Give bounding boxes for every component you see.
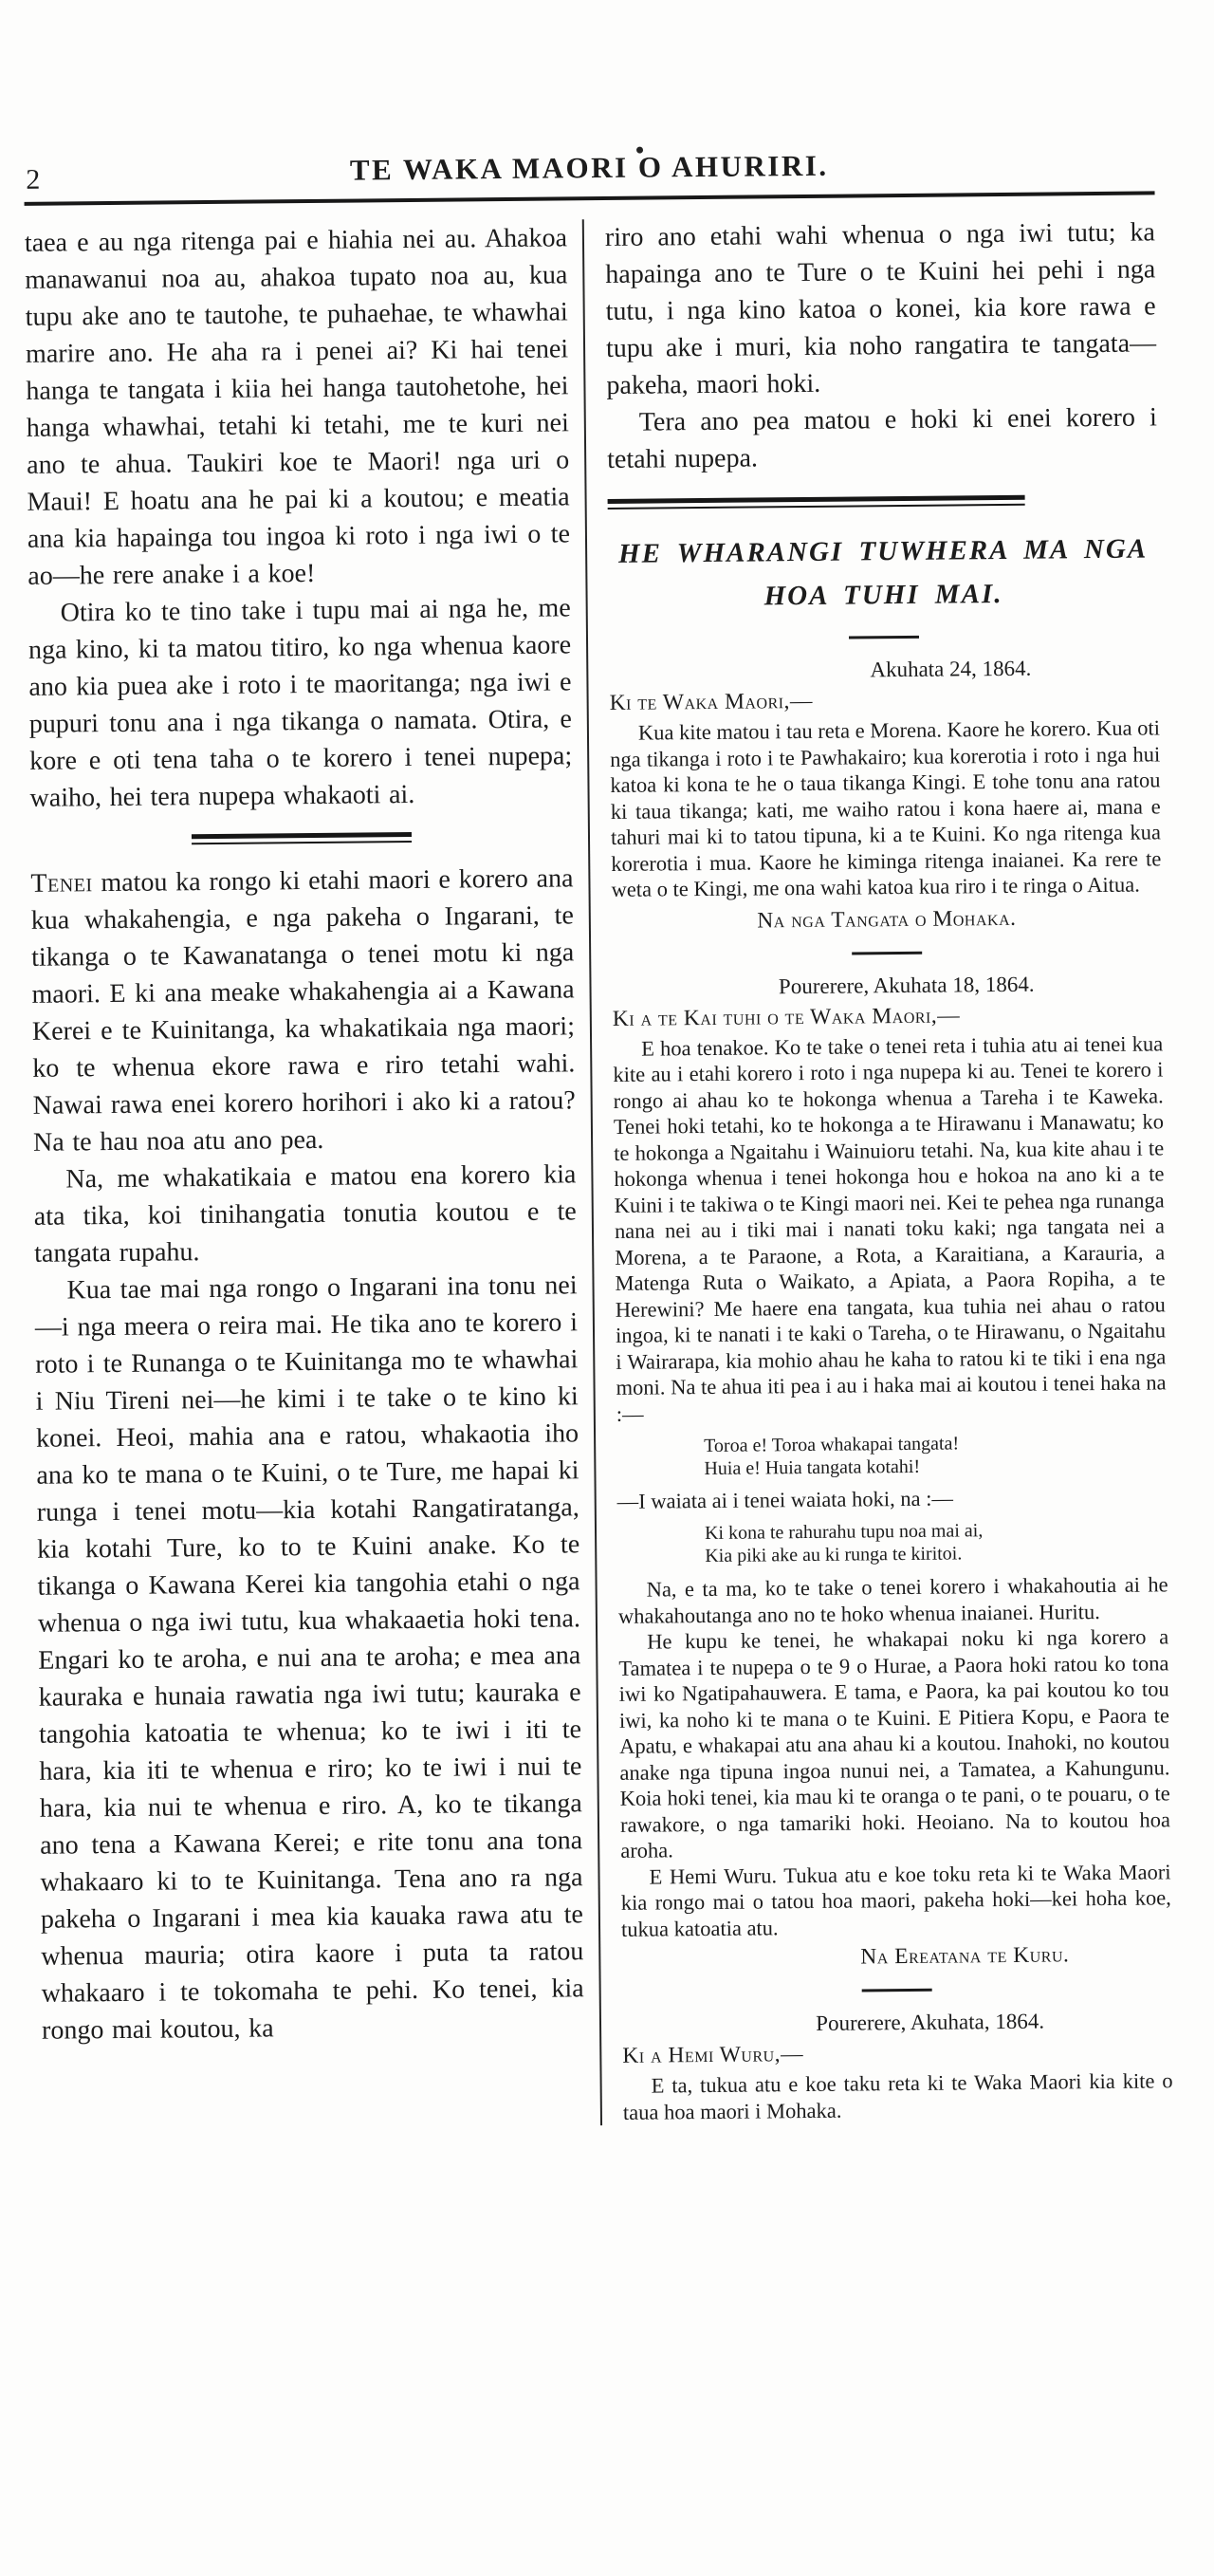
scanned-content: 2 TE WAKA MAORI O AHURIRI. taea e au nga…	[24, 139, 1173, 2130]
article-paragraph: taea e au nga ritenga pai e hiahia nei a…	[25, 219, 571, 594]
article-paragraph: Na, me whakatikaia e matou ena korero ki…	[33, 1156, 577, 1271]
letter-salutation: Ki a Hemi Wuru,—	[622, 2038, 1172, 2069]
short-rule	[852, 951, 922, 954]
letter-interlude: —I waiata ai i tenei waiata hoki, na :—	[617, 1484, 1168, 1514]
section-divider-rule	[192, 832, 412, 844]
haka-verse: Toroa e! Toroa whakapai tangata! Huia e!…	[704, 1430, 1167, 1480]
verse-line: Huia e! Huia tangata kotahi!	[704, 1453, 1167, 1480]
verse-line: Kia piki ake au ki runga te kiritoi.	[705, 1540, 1168, 1567]
columns: taea e au nga ritenga pai e hiahia nei a…	[25, 213, 1173, 2130]
letter-salutation: Ki te Waka Maori,—	[610, 685, 1160, 716]
letter-dateline: Pourerere, Akuhata, 1864.	[622, 2008, 1172, 2038]
article-paragraph: Kua tae mai nga rongo o Ingarani ina ton…	[34, 1267, 584, 2048]
lead-word: Tenei	[30, 868, 92, 899]
masthead-title: TE WAKA MAORI O AHURIRI.	[24, 139, 1154, 195]
masthead-text: TE WAKA MAORI O AHURIRI.	[350, 149, 829, 187]
waiata-verse: Ki kona te rahurahu tupu noa mai ai, Kia…	[705, 1517, 1168, 1567]
newspaper-page: 2 TE WAKA MAORI O AHURIRI. taea e au nga…	[0, 0, 1214, 2576]
letter-signature: Na nga Tangata o Mohaka.	[612, 904, 1162, 936]
letter-dateline: Akuhata 24, 1864.	[609, 655, 1159, 685]
heading-line: HOA TUHI MAI.	[763, 579, 1002, 611]
heading-line: HE WHARANGI TUWHERA MA NGA	[618, 534, 1148, 569]
letter-paragraph: He kupu ke tenei, he whakapai noku ki ng…	[618, 1623, 1170, 1863]
paragraph-text: matou ka rongo ki etahi maori e korero a…	[31, 863, 576, 1157]
letter-paragraph: E hoa tenakoe. Ko te take o tenei reta i…	[613, 1030, 1167, 1427]
letter-signature: Na Ereatana te Kuru.	[621, 1941, 1171, 1973]
letter-paragraph: Kua kite matou i tau reta e Morena. Kaor…	[610, 714, 1162, 902]
short-rule	[862, 1989, 932, 1992]
article-paragraph: Tenei matou ka rongo ki etahi maori e ko…	[30, 860, 576, 1160]
page-header: 2 TE WAKA MAORI O AHURIRI.	[24, 139, 1154, 195]
article-paragraph: riro ano etahi wahi whenua o nga iwi tut…	[605, 213, 1157, 404]
right-column: riro ano etahi wahi whenua o nga iwi tut…	[584, 213, 1173, 2125]
letter-paragraph: E Hemi Wuru. Tukua atu e koe toku reta k…	[620, 1859, 1171, 1942]
short-rule	[849, 636, 919, 639]
correspondence-heading: HE WHARANGI TUWHERA MA NGA HOA TUHI MAI.	[608, 527, 1159, 620]
letter-dateline: Pourerere, Akuhata 18, 1864.	[612, 971, 1162, 1001]
article-paragraph: Otira ko te tino take i tupu mai ai nga …	[28, 589, 573, 816]
article-paragraph: Tera ano pea matou e hoki ki enei korero…	[607, 398, 1158, 478]
letter-salutation: Ki a te Kai tuhi o te Waka Maori,—	[613, 1001, 1163, 1032]
letter-paragraph: Na, e ta ma, ko te take o tenei korero i…	[617, 1571, 1168, 1629]
left-column: taea e au nga ritenga pai e hiahia nei a…	[25, 219, 600, 2131]
section-divider-rule	[608, 495, 1025, 510]
letter-paragraph: E ta, tukua atu e koe taku reta ki te Wa…	[623, 2067, 1174, 2125]
